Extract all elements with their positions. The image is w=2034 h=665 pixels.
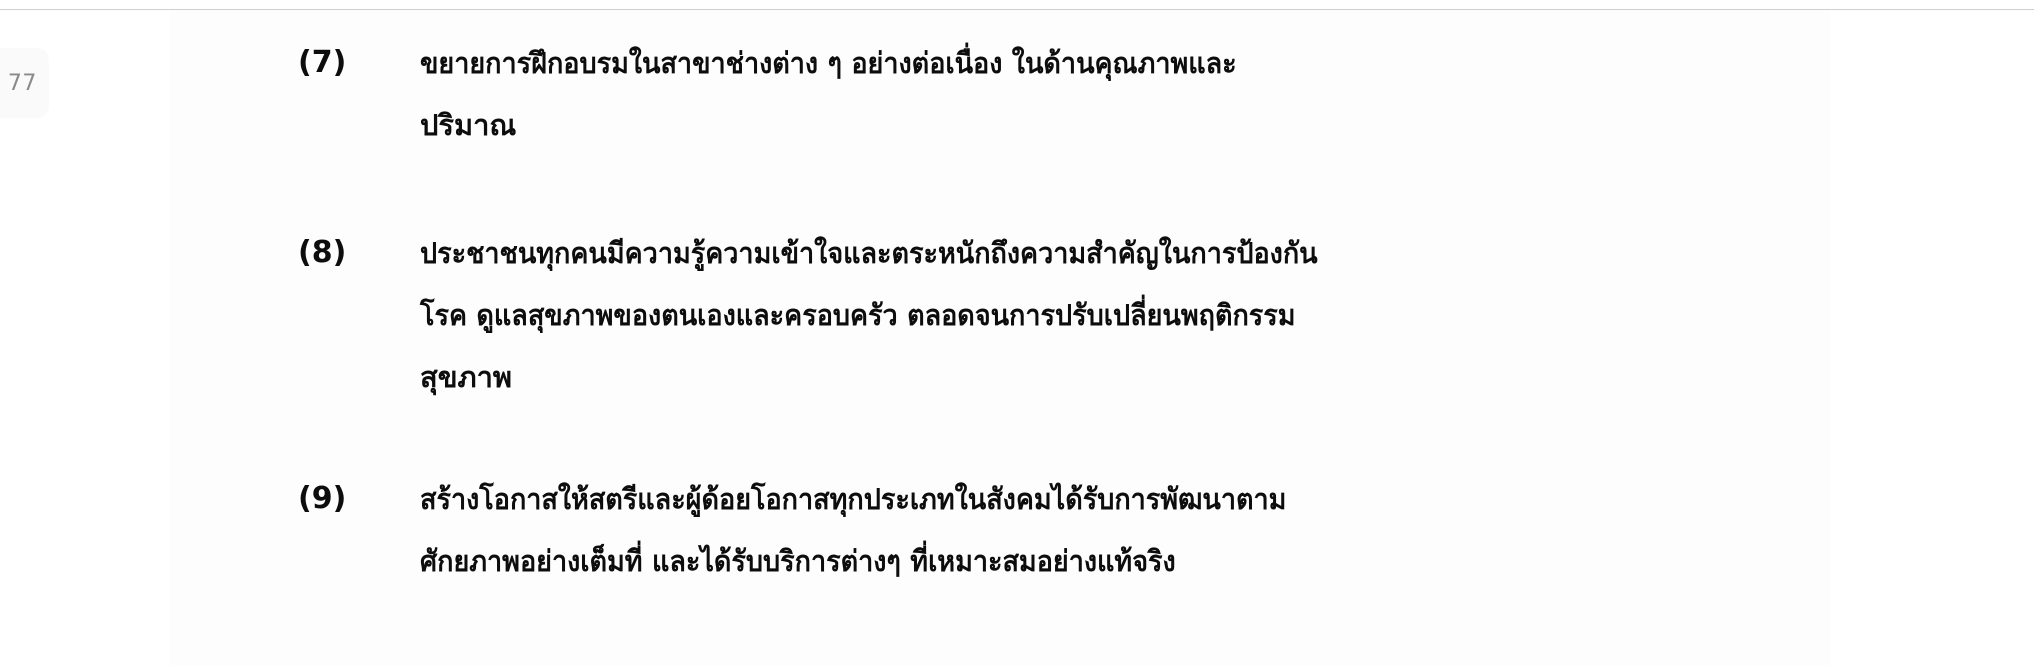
item-text-line: ศักยภาพอย่างเต็มที่ และได้รับบริการต่างๆ… — [420, 531, 1176, 591]
page-number-label: n 77 — [0, 71, 37, 96]
item-text-line: ขยายการฝึกอบรมในสาขาช่างต่าง ๆ อย่างต่อเ… — [420, 33, 1237, 93]
item-text-line: สร้างโอกาสให้สตรีและผู้ด้อยโอกาสทุกประเภ… — [420, 469, 1286, 529]
item-text-line: สุขภาพ — [420, 347, 512, 407]
page-number-badge: n 77 — [0, 48, 49, 118]
item-number: (7) — [298, 33, 346, 93]
item-number: (9) — [298, 469, 346, 529]
item-number: (8) — [298, 223, 346, 283]
item-text-line: โรค ดูแลสุขภาพของตนเองและครอบครัว ตลอดจน… — [420, 285, 1296, 345]
item-text-line: ประชาชนทุกคนมีความรู้ความเข้าใจและตระหนั… — [420, 223, 1318, 283]
item-text-line: ปริมาณ — [420, 95, 516, 155]
